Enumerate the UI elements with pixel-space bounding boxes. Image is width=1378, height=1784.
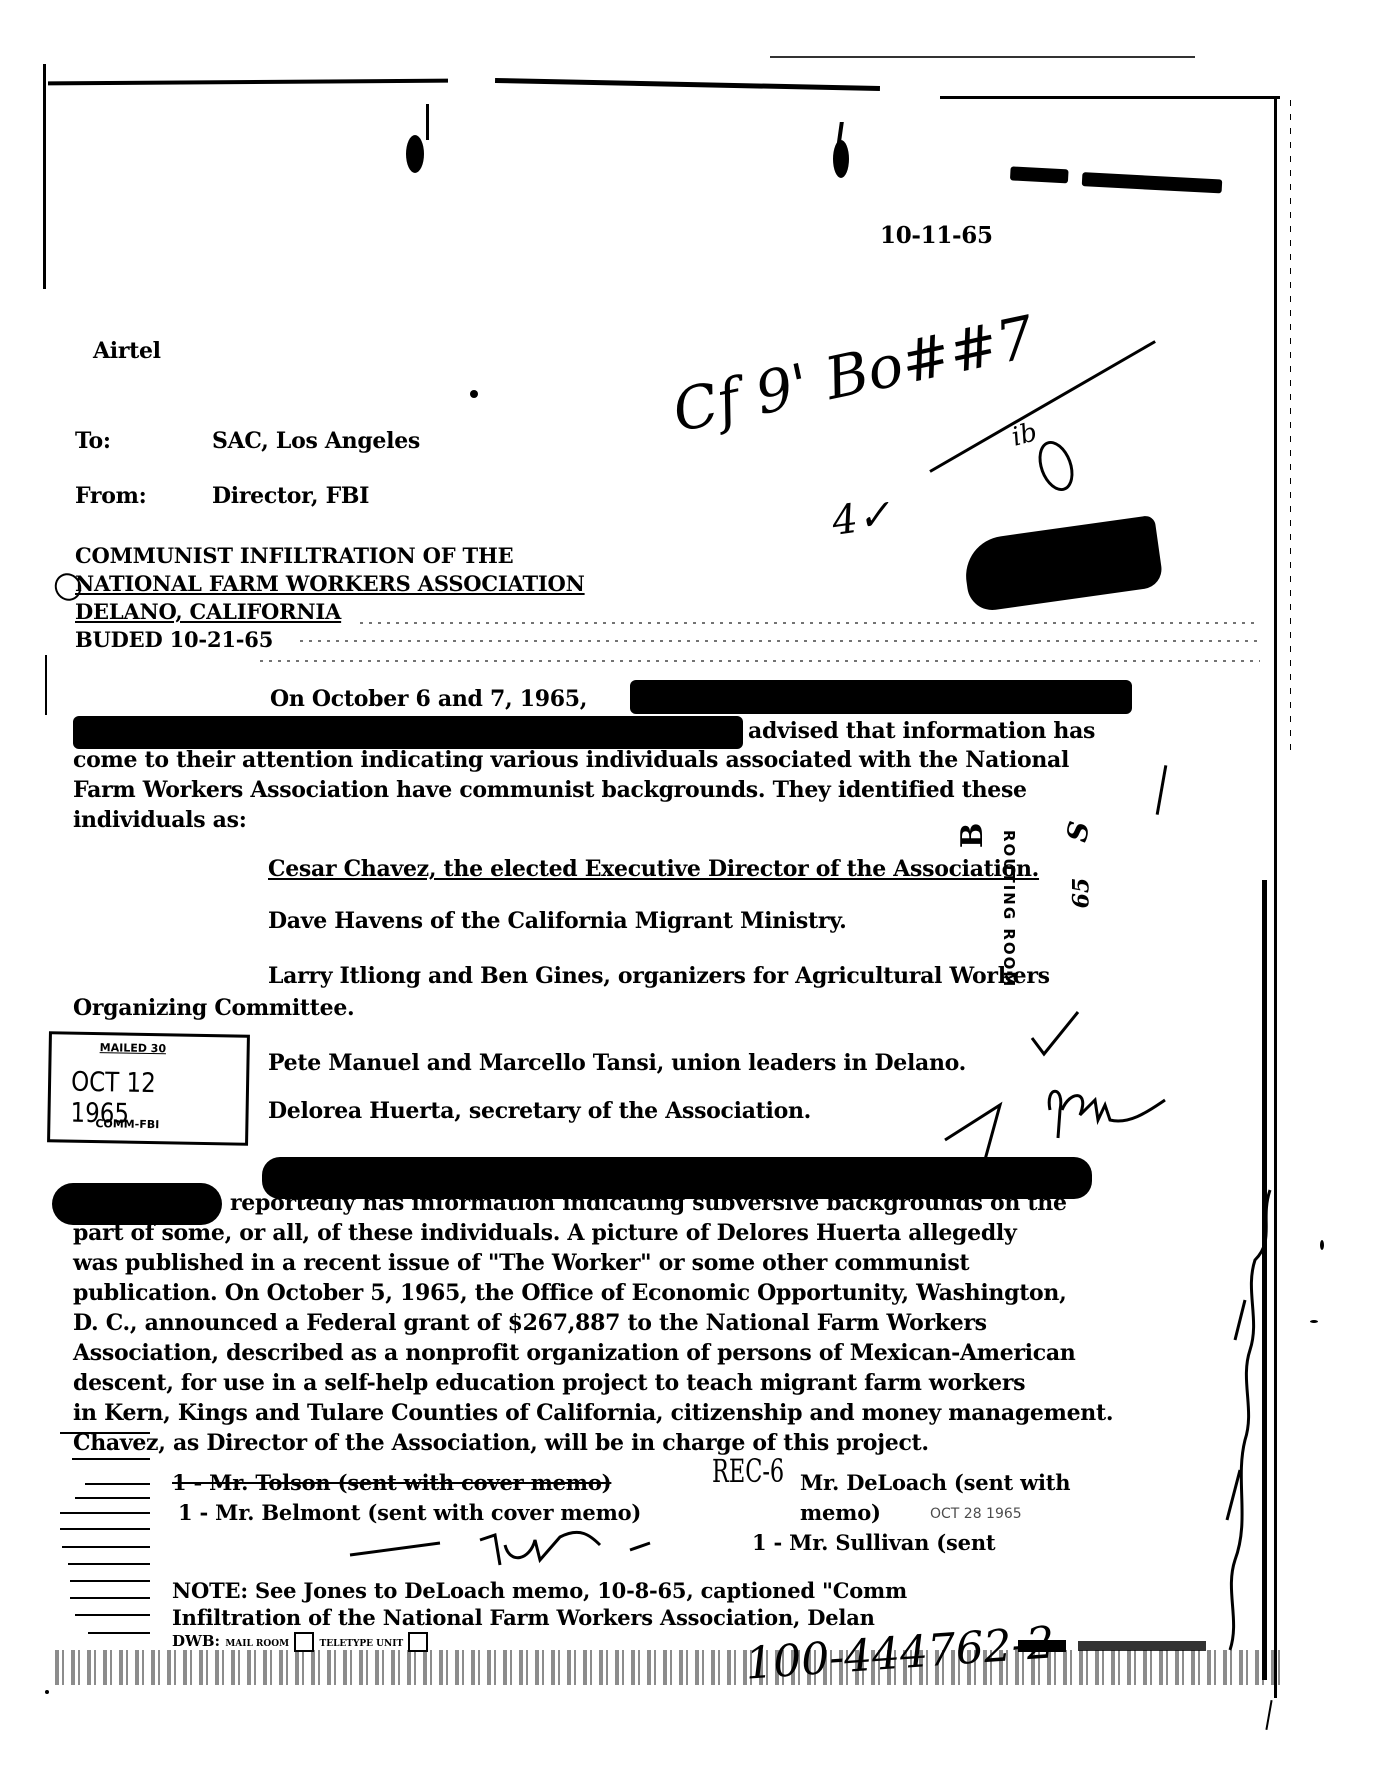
para2-line7: descent, for use in a self-help educatio… <box>73 1370 1025 1396</box>
handwritten-file-annotation: Cf 9' Bo##7 <box>667 303 1040 446</box>
distribution-deloach: Mr. DeLoach (sent with <box>800 1470 1070 1495</box>
scan-noise-1 <box>360 622 1260 624</box>
margin-vertical-stroke <box>1156 765 1168 815</box>
page-border-left-lower <box>45 655 47 715</box>
subject-line-4: BUDED 10-21-65 <box>75 627 273 652</box>
individual-5: Delorea Huerta, secretary of the Associa… <box>268 1098 811 1124</box>
routing-line <box>85 1483 150 1485</box>
para2-line3: was published in a recent issue of "The … <box>73 1250 969 1276</box>
para2-line9: Chavez, as Director of the Association, … <box>73 1430 929 1456</box>
individual-3-cont: Organizing Committee. <box>73 995 354 1021</box>
page-border-top-right <box>940 96 1280 99</box>
mail-room-checkbox <box>294 1632 314 1652</box>
scan-speck <box>470 390 478 398</box>
to-label: To: <box>75 428 111 454</box>
scan-noise-3 <box>260 660 1260 662</box>
routing-line <box>72 1458 150 1460</box>
mail-room-label: MAIL ROOM <box>225 1639 289 1649</box>
para1-line3: come to their attention indicating vario… <box>73 747 1069 773</box>
mailed-stamp-line3: COMM-FBI <box>95 1117 159 1131</box>
retain-stamp-bottom: SENIOR ORIGINAL RETAIN <box>1018 1640 1208 1654</box>
routing-line <box>68 1563 150 1565</box>
retain-stamp-top: SENIOR ORIGINAL RETAIN <box>1010 166 1226 197</box>
teletype-label: TELETYPE UNIT <box>320 1639 404 1649</box>
margin-mark-b: B <box>955 823 990 848</box>
distribution-deloach-cont: memo) <box>800 1500 881 1525</box>
subject-line-2: NATIONAL FARM WORKERS ASSOCIATION <box>75 571 585 596</box>
document-type: Airtel <box>93 338 161 364</box>
routing-line <box>60 1512 150 1514</box>
page-border-top-left <box>48 79 448 86</box>
punch-hole-left-tail <box>426 104 429 140</box>
note-line-2: Infiltration of the National Farm Worker… <box>172 1605 875 1630</box>
individual-2: Dave Havens of the California Migrant Mi… <box>268 908 847 934</box>
distribution-sullivan: 1 - Mr. Sullivan (sent <box>752 1530 995 1555</box>
para1-line1: On October 6 and 7, 1965, <box>270 686 587 712</box>
document-date: 10-11-65 <box>880 222 993 249</box>
para1-line4: Farm Workers Association have communist … <box>73 777 1027 803</box>
note-line-1: NOTE: See Jones to DeLoach memo, 10-8-65… <box>172 1578 907 1603</box>
redaction-para2-b <box>52 1183 222 1225</box>
mailed-stamp-line1: MAILED 30 <box>100 1041 167 1055</box>
margin-mark-s: S <box>1060 819 1096 845</box>
punch-hole-left <box>406 135 424 173</box>
margin-mark-num: 65 <box>1068 878 1094 909</box>
redaction-para1-b <box>73 716 743 749</box>
right-margin-thick-line <box>1262 880 1267 1680</box>
routing-room-stamp: ROUTING ROOM <box>1000 830 1018 988</box>
teletype-checkbox <box>408 1632 428 1652</box>
para2-line1: reportedly has information indicating su… <box>230 1190 1067 1216</box>
para2-line2: part of some, or all, of these individua… <box>73 1220 1016 1246</box>
redaction-para1-a <box>630 680 1132 714</box>
page-border-top-mid <box>495 78 880 91</box>
para2-line8: in Kern, Kings and Tulare Counties of Ca… <box>73 1400 1113 1426</box>
para2-line5: D. C., announced a Federal grant of $267… <box>73 1310 987 1336</box>
routing-line <box>62 1546 150 1548</box>
mailed-stamp: MAILED 30 OCT 12 1965 COMM-FBI <box>47 1031 250 1145</box>
corner-mark <box>1265 1700 1272 1730</box>
para1-line5: individuals as: <box>73 807 247 833</box>
subject-line-3: DELANO, CALIFORNIA <box>75 599 341 624</box>
distribution-tolson: 1 - Mr. Tolson (sent with cover memo) <box>172 1470 611 1495</box>
handwritten-check-4: 4✓ <box>829 491 894 545</box>
routing-line <box>75 1614 150 1616</box>
handwritten-signature-mid <box>1040 1080 1170 1140</box>
redaction-block-top <box>961 515 1164 613</box>
scan-noise-2 <box>300 640 1260 642</box>
individual-1: Cesar Chavez, the elected Executive Dire… <box>268 856 1039 882</box>
note-line-3: DWB: MAIL ROOM TELETYPE UNIT <box>172 1632 428 1652</box>
handwritten-initials-bottom <box>330 1515 660 1570</box>
handwritten-checkmark <box>1030 1010 1080 1058</box>
page-border-top-strip <box>770 56 1195 58</box>
subject-line-1: COMMUNIST INFILTRATION OF THE <box>75 543 513 568</box>
page-border-right-dashed <box>1290 100 1291 750</box>
routing-line <box>70 1597 150 1599</box>
routing-line <box>75 1497 150 1499</box>
from-value: Director, FBI <box>212 483 369 509</box>
scan-speck <box>45 1690 49 1694</box>
para1-line2: advised that information has <box>748 718 1095 744</box>
routing-line <box>60 1432 150 1434</box>
individual-3: Larry Itliong and Ben Gines, organizers … <box>268 963 1050 989</box>
routing-line <box>70 1580 150 1582</box>
para2-line6: Association, described as a nonprofit or… <box>73 1340 1075 1366</box>
scan-speck <box>1320 1240 1324 1250</box>
para2-line4: publication. On October 5, 1965, the Off… <box>73 1280 1066 1306</box>
from-label: From: <box>75 483 146 509</box>
rec-stamp: REC-6 <box>712 1452 784 1490</box>
dictation-initials: DWB: <box>172 1632 220 1650</box>
scan-noise-bottom <box>55 1650 1285 1685</box>
scan-speck <box>1310 1320 1318 1323</box>
routing-line <box>60 1528 150 1530</box>
routing-line <box>88 1632 150 1634</box>
page-border-left <box>43 64 46 289</box>
handwritten-margin-signature <box>1215 1180 1280 1680</box>
individual-4: Pete Manuel and Marcello Tansi, union le… <box>268 1050 966 1076</box>
to-value: SAC, Los Angeles <box>212 428 420 454</box>
oct-received-stamp: OCT 28 1965 <box>930 1506 1022 1522</box>
